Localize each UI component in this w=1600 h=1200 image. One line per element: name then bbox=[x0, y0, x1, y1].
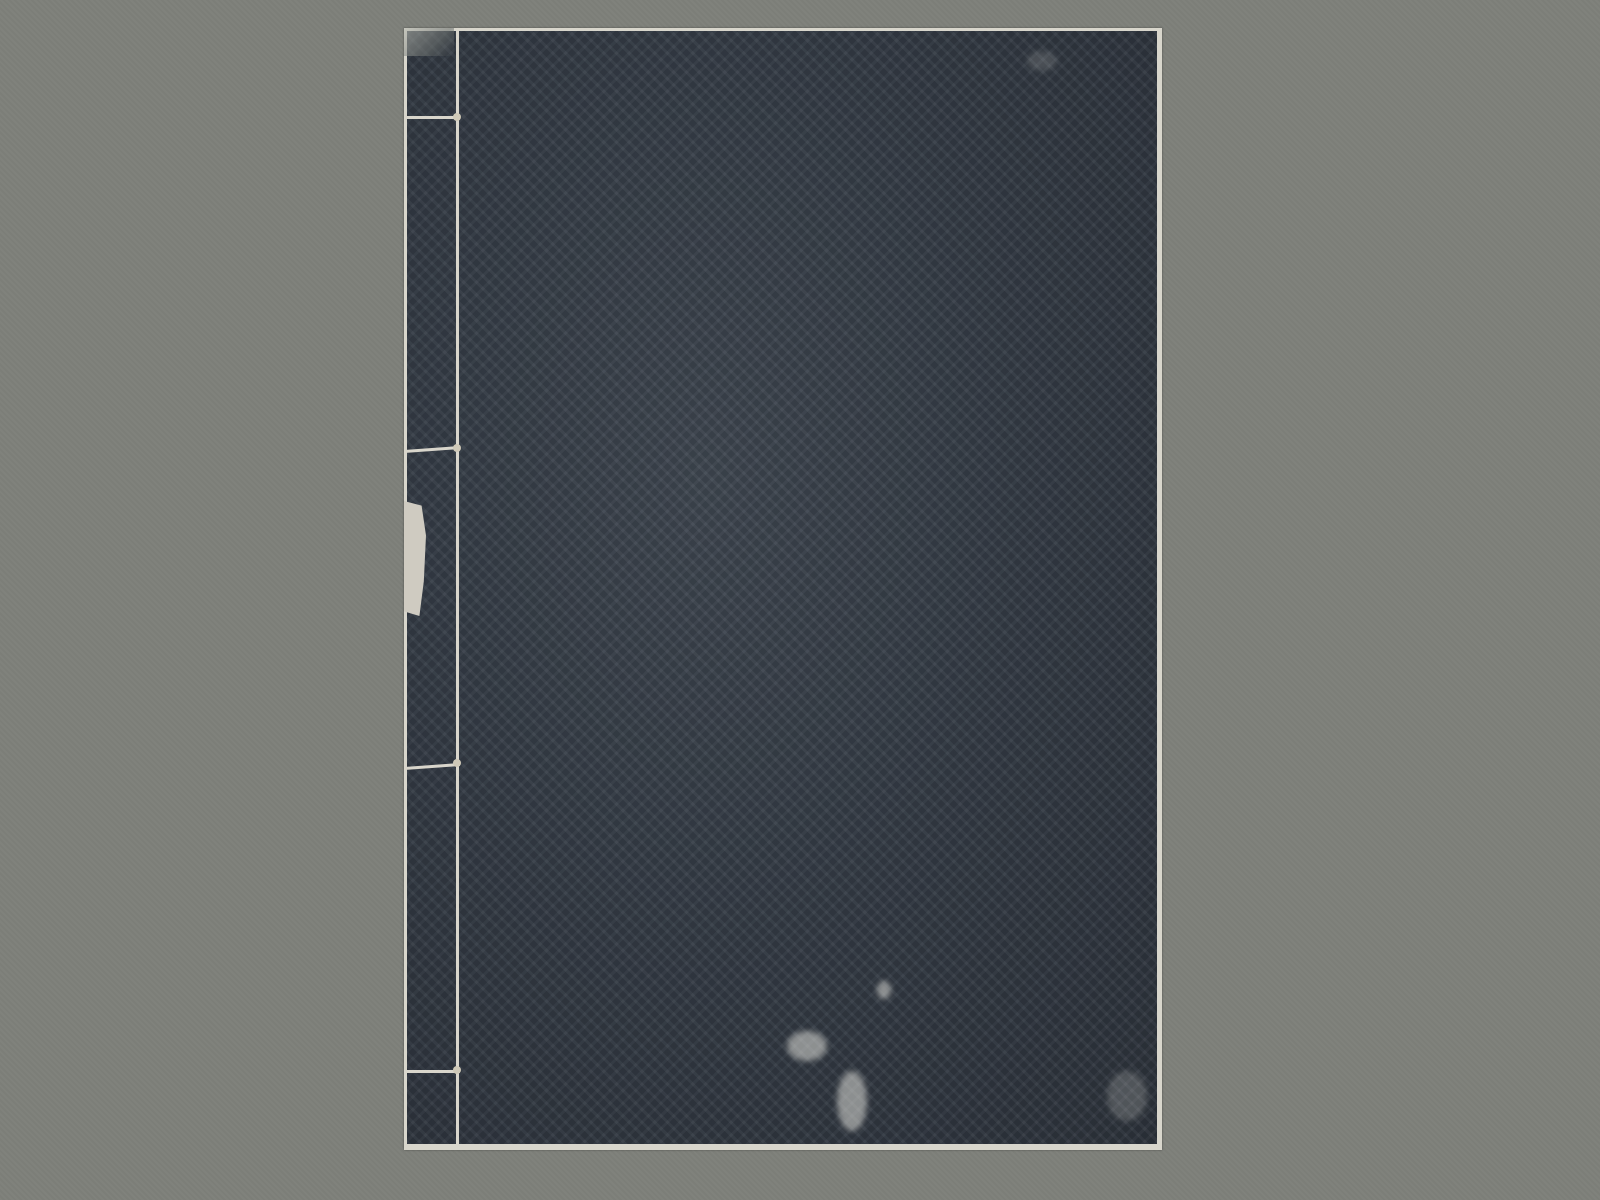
thread-knot bbox=[453, 444, 461, 452]
thread-knot bbox=[453, 1066, 461, 1074]
binding-stitch bbox=[404, 116, 460, 119]
thread-knot bbox=[453, 759, 461, 767]
book-cover bbox=[407, 31, 1157, 1144]
binding-stitch bbox=[404, 1070, 460, 1073]
worn-corner bbox=[404, 28, 454, 56]
worn-patch bbox=[877, 981, 891, 999]
book bbox=[404, 28, 1162, 1150]
worn-patch bbox=[1107, 1071, 1147, 1121]
thread-knot bbox=[453, 113, 461, 121]
worn-patch bbox=[837, 1071, 867, 1131]
worn-patch bbox=[1027, 51, 1057, 71]
worn-patch bbox=[787, 1031, 827, 1061]
binding-thread bbox=[456, 31, 459, 1144]
